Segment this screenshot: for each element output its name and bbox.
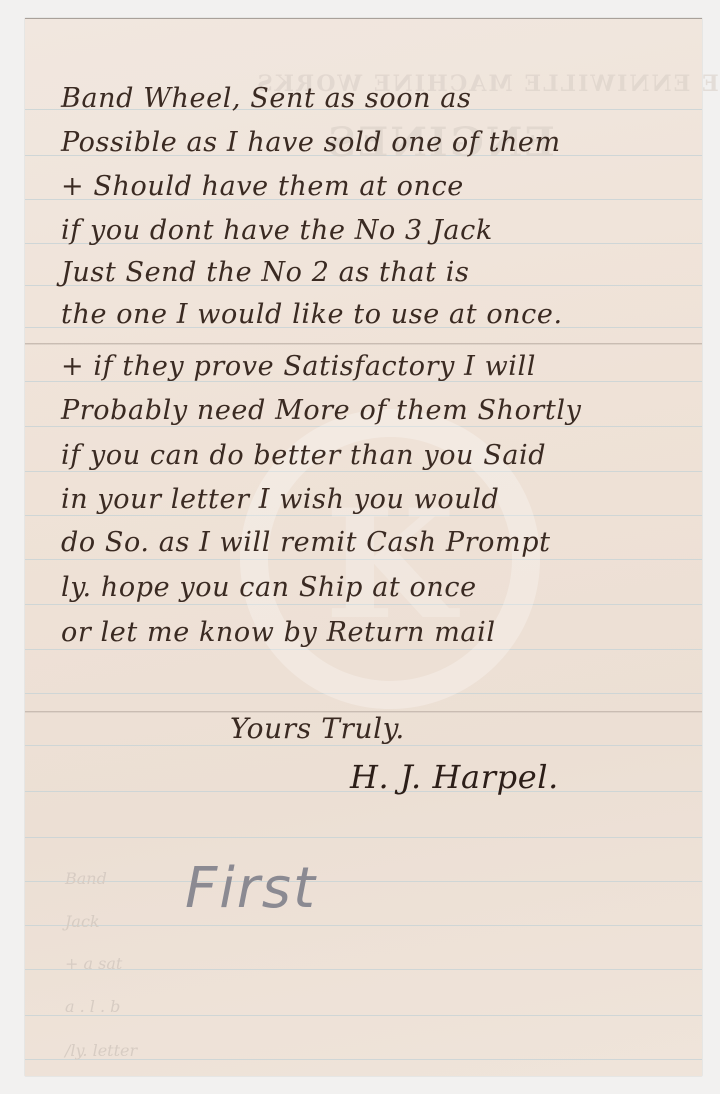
body-line: in your letter I wish you would (61, 486, 682, 513)
body-line: the one I would like to use at once. (61, 301, 682, 328)
bleedthrough-mark: Jack (65, 912, 100, 931)
body-line: ly. hope you can Ship at once (61, 574, 682, 601)
bleedthrough-mark: a . l . b (65, 997, 120, 1016)
ruled-line (25, 925, 702, 926)
signature: H. J. Harpel. (350, 761, 682, 793)
bleedthrough-mark: Band (65, 869, 107, 888)
bleedthrough-mark: + a sat (65, 954, 122, 973)
body-line: if you dont have the No 3 Jack (61, 217, 682, 244)
pencil-note: First (185, 861, 682, 917)
bleedthrough-mark: /ly. letter (65, 1041, 137, 1060)
body-line: Just Send the No 2 as that is (61, 259, 682, 286)
body-line: Probably need More of them Shortly (61, 397, 682, 424)
ruled-line (25, 745, 702, 746)
body-line: or let me know by Return mail (61, 619, 682, 646)
letter-page: THE ENNIWILLE MACHINE WORKS ENGINES K Ba… (25, 18, 702, 1076)
ruled-line (25, 837, 702, 838)
body-line: if you can do better than you Said (61, 442, 682, 469)
body-line: do So. as I will remit Cash Prompt (61, 529, 682, 556)
body-line: + Should have them at once (61, 173, 682, 200)
fold-crease (25, 343, 702, 345)
ruled-line (25, 969, 702, 970)
ruled-line (25, 1015, 702, 1016)
body-line: Possible as I have sold one of them (61, 129, 682, 156)
closing: Yours Truly. (230, 715, 682, 743)
body-line: + if they prove Satisfactory I will (61, 353, 682, 380)
body-line: Band Wheel, Sent as soon as (61, 85, 682, 112)
